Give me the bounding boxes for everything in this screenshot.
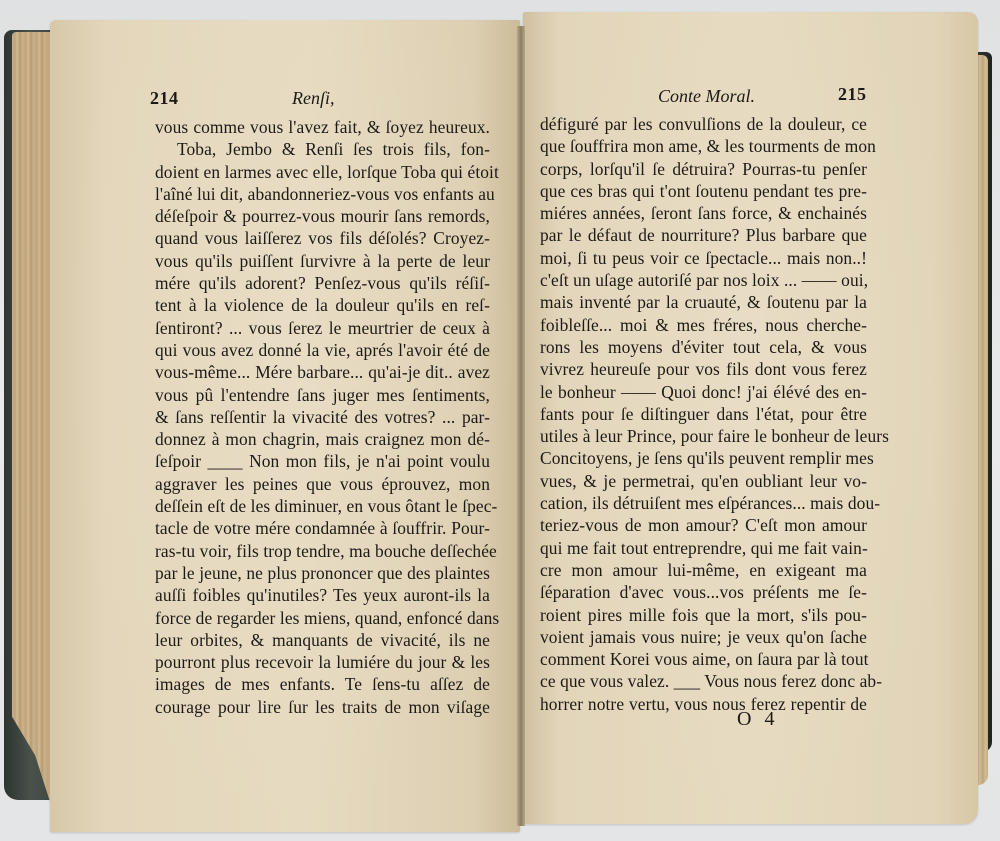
text-line: vivrez heureuſe pour vos fils dont vous … — [540, 358, 867, 380]
text-line: comment Korei vous aime, on ſaura par là… — [540, 648, 867, 670]
text-line: force de regarder les miens, quand, enfo… — [155, 607, 490, 629]
text-line: par le jeune, ne plus prononcer que des … — [155, 562, 490, 584]
text-line: tent à la violence de la douleur qu'ils … — [155, 294, 490, 316]
text-line: fants pour ſe diſtinguer dans l'état, po… — [540, 403, 867, 425]
text-line: roient pires mille fois que la mort, s'i… — [540, 604, 867, 626]
text-line: ſéparation d'avec vous...vos préſents me… — [540, 581, 867, 603]
text-line: défiguré par les convulſions de la doule… — [540, 113, 867, 135]
text-line: ce que vous valez. ___ Vous nous ferez d… — [540, 670, 867, 692]
text-line: deſſein eſt de les diminuer, en vous ôta… — [155, 495, 490, 517]
right-page-number: 215 — [838, 84, 867, 105]
text-line: c'eſt un uſage autoriſé par nos loix ...… — [540, 269, 867, 291]
text-line: donnez à mon chagrin, mais craignez mon … — [155, 428, 490, 450]
text-line: corps, lorſqu'il ſe détruira? Pourras-tu… — [540, 158, 867, 180]
right-running-title: Conte Moral. — [658, 86, 755, 107]
text-line: rons les moyens d'éviter tout cela, & vo… — [540, 336, 867, 358]
text-line: qui me fait tout entreprendre, qui me fa… — [540, 537, 867, 559]
text-line: mais inventé par la cruauté, & ſoutenu p… — [540, 291, 867, 313]
text-line: que ces bras qui t'ont ſoutenu pendant t… — [540, 180, 867, 202]
text-line: miéres années, ſeront ſans force, & ench… — [540, 202, 867, 224]
signature-mark: O 4 — [737, 708, 778, 731]
text-line: cre mon amour lui-même, en exigeant ma — [540, 559, 867, 581]
right-page-text: défiguré par les convulſions de la doule… — [540, 113, 867, 715]
text-line: & ſans reſſentir la vivacité des votres?… — [155, 406, 490, 428]
text-line: courage pour lire ſur les traits de mon … — [155, 696, 490, 718]
text-line: moi, ſi tu peus voir ce ſpectacle... mai… — [540, 247, 867, 269]
text-line: utiles à leur Prince, pour faire le bonh… — [540, 425, 867, 447]
text-line: foibleſſe... moi & mes fréres, nous cher… — [540, 314, 867, 336]
text-line: déſeſpoir & pourrez-vous mourir ſans rem… — [155, 205, 490, 227]
text-line: vous comme vous l'avez fait, & ſoyez heu… — [155, 116, 490, 138]
text-line: leur orbites, & manquants de vivacité, i… — [155, 629, 490, 651]
text-line: vous-même... Mére barbare... qu'ai-je di… — [155, 361, 490, 383]
text-line: vous qu'ils puiſſent ſurvivre à la perte… — [155, 250, 490, 272]
text-line: l'aîné lui dit, abandonneriez-vous vos e… — [155, 183, 490, 205]
left-page-number: 214 — [150, 88, 179, 109]
text-line: que ſouffrira mon ame, & les tourments d… — [540, 135, 867, 157]
text-line: auſſi foibles qu'inutiles? Tes yeux auro… — [155, 584, 490, 606]
text-line: le bonheur —— Quoi donc! j'ai élévé des … — [540, 381, 867, 403]
left-running-title: Renſi, — [292, 88, 335, 109]
text-line: ras-tu voir, fils trop tendre, ma bouche… — [155, 540, 490, 562]
text-line: cation, ils détruiſent mes eſpérances...… — [540, 492, 867, 514]
text-line: aggraver les peines que vous éprouvez, m… — [155, 473, 490, 495]
text-line: voient jamais vous nuire; je veux qu'on … — [540, 626, 867, 648]
text-line: vous pû l'entendre ſans juger mes ſentim… — [155, 384, 490, 406]
text-line: qui vous avez donné la vie, aprés l'avoi… — [155, 339, 490, 361]
text-line: ſeſpoir ____ Non mon fils, je n'ai point… — [155, 450, 490, 472]
book-gutter — [517, 26, 525, 826]
text-line: teriez-vous de mon amour? C'eſt mon amou… — [540, 514, 867, 536]
text-line: Toba, Jembo & Renſi ſes trois fils, fon- — [155, 138, 490, 160]
text-line: tacle de votre mére condamnée à ſouffrir… — [155, 517, 490, 539]
text-line: mére qu'ils adorent? Penſez-vous qu'ils … — [155, 272, 490, 294]
text-line: vues, & je permetrai, qu'en oubliant leu… — [540, 470, 867, 492]
text-line: pourront plus recevoir la lumiére du jou… — [155, 651, 490, 673]
text-line: horrer notre vertu, vous nous ferez repe… — [540, 693, 867, 715]
text-line: ſentiront? ... vous ſerez le meurtrier d… — [155, 317, 490, 339]
left-page-text: vous comme vous l'avez fait, & ſoyez heu… — [155, 116, 490, 718]
text-line: quand vous laiſſerez vos fils déſolés? C… — [155, 227, 490, 249]
text-line: Concitoyens, je ſens qu'ils peuvent remp… — [540, 447, 867, 469]
text-line: doient en larmes avec elle, lorſque Toba… — [155, 161, 490, 183]
text-line: par le défaut de nourriture? Plus barbar… — [540, 224, 867, 246]
text-line: images de mes enfants. Te ſens-tu aſſez … — [155, 673, 490, 695]
